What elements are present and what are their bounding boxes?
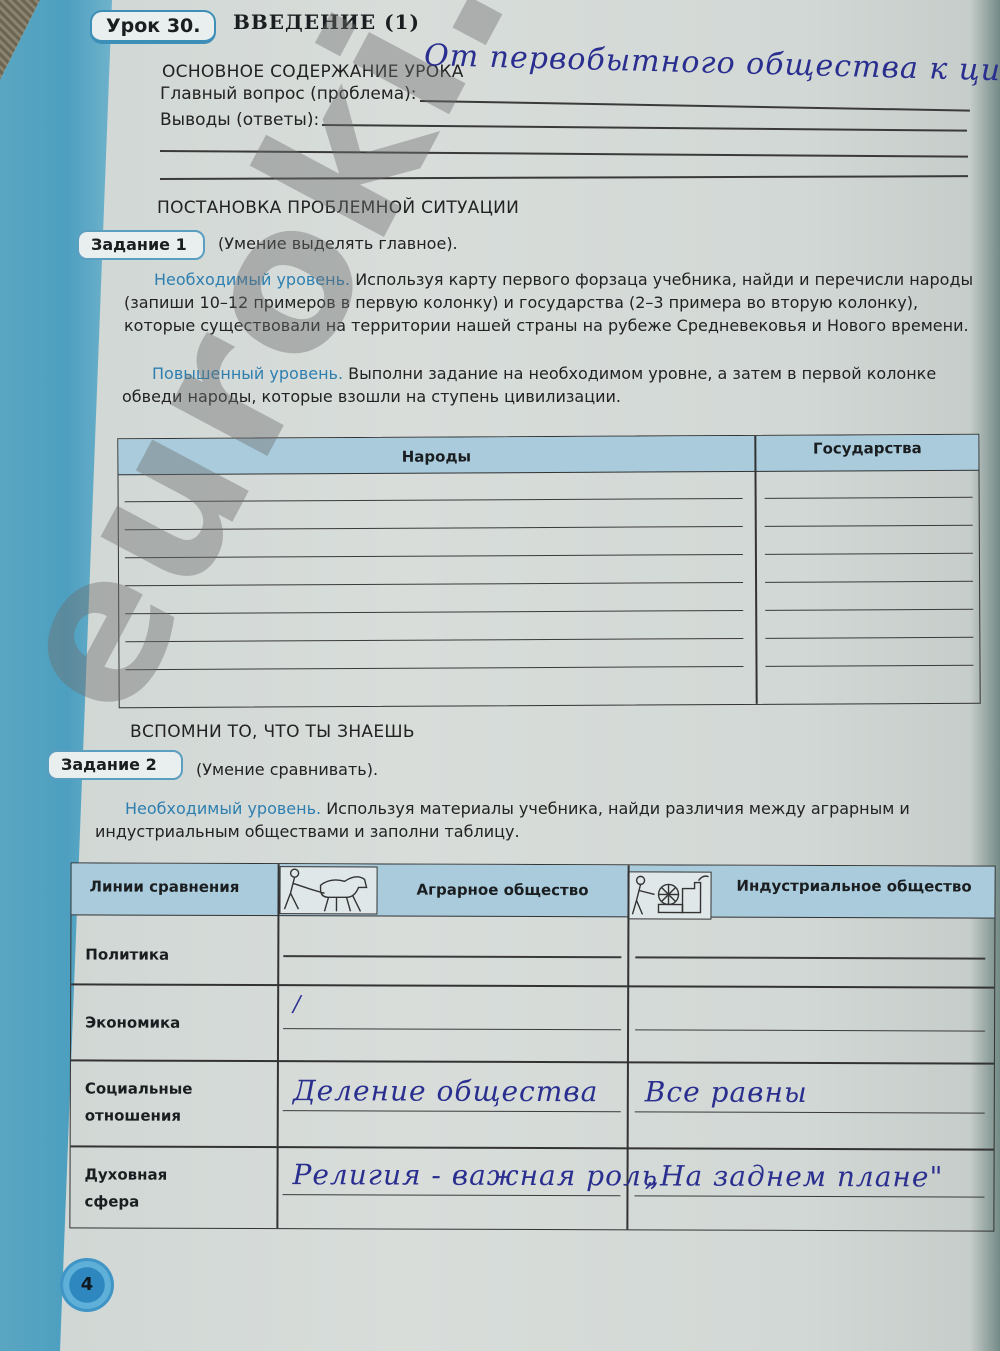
comparison-line-label: Политика <box>85 941 265 969</box>
conclusions-label: Выводы (ответы): <box>160 110 319 130</box>
peoples-line[interactable] <box>125 526 743 531</box>
remember-heading: ВСПОМНИ ТО, ЧТО ТЫ ЗНАЕШЬ <box>130 722 415 742</box>
task1-required-text: Необходимый уровень. Используя карту пер… <box>124 268 974 337</box>
industrial-answer-line[interactable] <box>635 1029 985 1032</box>
row-divider <box>71 1145 994 1150</box>
task2-badge: Задание 2 <box>47 750 183 780</box>
row-divider <box>71 1059 994 1064</box>
column-divider <box>754 436 757 704</box>
states-line[interactable] <box>765 497 973 499</box>
problem-heading: ПОСТАНОВКА ПРОБЛЕМНОЙ СИТУАЦИИ <box>157 198 519 218</box>
task1-advanced-text: Повышенный уровень. Выполни задание на н… <box>122 362 972 408</box>
task1-skill: (Умение выделять главное). <box>218 234 458 253</box>
industrial-answer-line[interactable] <box>635 957 985 960</box>
lesson-title: ВВЕДЕНИЕ (1) <box>233 10 420 34</box>
column-comparison-lines: Линии сравнения <box>90 877 280 896</box>
peoples-line[interactable] <box>125 498 743 503</box>
main-question-label: Главный вопрос (проблема): <box>160 84 417 104</box>
industrial-answer-line[interactable] <box>635 1111 985 1114</box>
factory-worker-icon <box>627 871 711 919</box>
peoples-states-table: Народы Государства <box>117 434 980 709</box>
required-level-label: Необходимый уровень. <box>154 270 350 289</box>
industrial-answer[interactable]: „На заднем плане" <box>644 1159 943 1193</box>
agrarian-answer-line[interactable] <box>282 1194 620 1197</box>
industrial-answer[interactable]: Все равны <box>645 1075 808 1109</box>
agrarian-answer[interactable]: / <box>293 992 302 1017</box>
peoples-line[interactable] <box>126 666 744 671</box>
states-line[interactable] <box>765 553 973 555</box>
task2-required-text: Необходимый уровень. Используя материалы… <box>95 797 975 843</box>
column-agrarian: Аграрное общество <box>378 880 628 899</box>
task1-badge: Задание 1 <box>77 230 205 260</box>
task2-required-level-label: Необходимый уровень. <box>125 799 321 818</box>
column-peoples: Народы <box>118 446 754 467</box>
agrarian-answer[interactable]: Религия - важная роль <box>292 1158 658 1192</box>
states-line[interactable] <box>765 525 973 527</box>
lesson-number-badge: Урок 30. <box>90 10 216 44</box>
column-industrial: Индустриальное общество <box>712 876 997 897</box>
agrarian-answer-line[interactable] <box>283 1028 621 1031</box>
peoples-line[interactable] <box>125 610 743 615</box>
comparison-line-label: Духовнаясфера <box>84 1161 264 1216</box>
page-number: 4 <box>60 1258 114 1312</box>
societies-comparison-table: Линии сравнения Аграрное общество Инд <box>69 862 995 1231</box>
plowman-horse-icon <box>279 866 377 914</box>
peoples-line[interactable] <box>125 638 743 643</box>
task2-skill: (Умение сравнивать). <box>196 760 378 779</box>
main-content-heading: ОСНОВНОЕ СОДЕРЖАНИЕ УРОКА <box>162 62 464 82</box>
states-line[interactable] <box>765 665 973 667</box>
column-states: Государства <box>754 439 980 458</box>
comparison-line-label: Социальныеотношения <box>85 1075 265 1130</box>
peoples-line[interactable] <box>125 582 743 587</box>
agrarian-answer-line[interactable] <box>283 956 621 959</box>
comparison-line-label: Экономика <box>85 1009 265 1037</box>
column-divider-1 <box>276 864 279 1228</box>
row-divider <box>71 983 994 988</box>
states-line[interactable] <box>765 609 973 611</box>
states-line[interactable] <box>765 581 973 583</box>
agrarian-answer[interactable]: Деление общества <box>293 1074 599 1108</box>
industrial-answer-line[interactable] <box>634 1195 984 1198</box>
agrarian-answer-line[interactable] <box>283 1110 621 1113</box>
states-line[interactable] <box>765 637 973 639</box>
advanced-level-label: Повышенный уровень. <box>152 364 343 383</box>
peoples-line[interactable] <box>125 554 743 559</box>
